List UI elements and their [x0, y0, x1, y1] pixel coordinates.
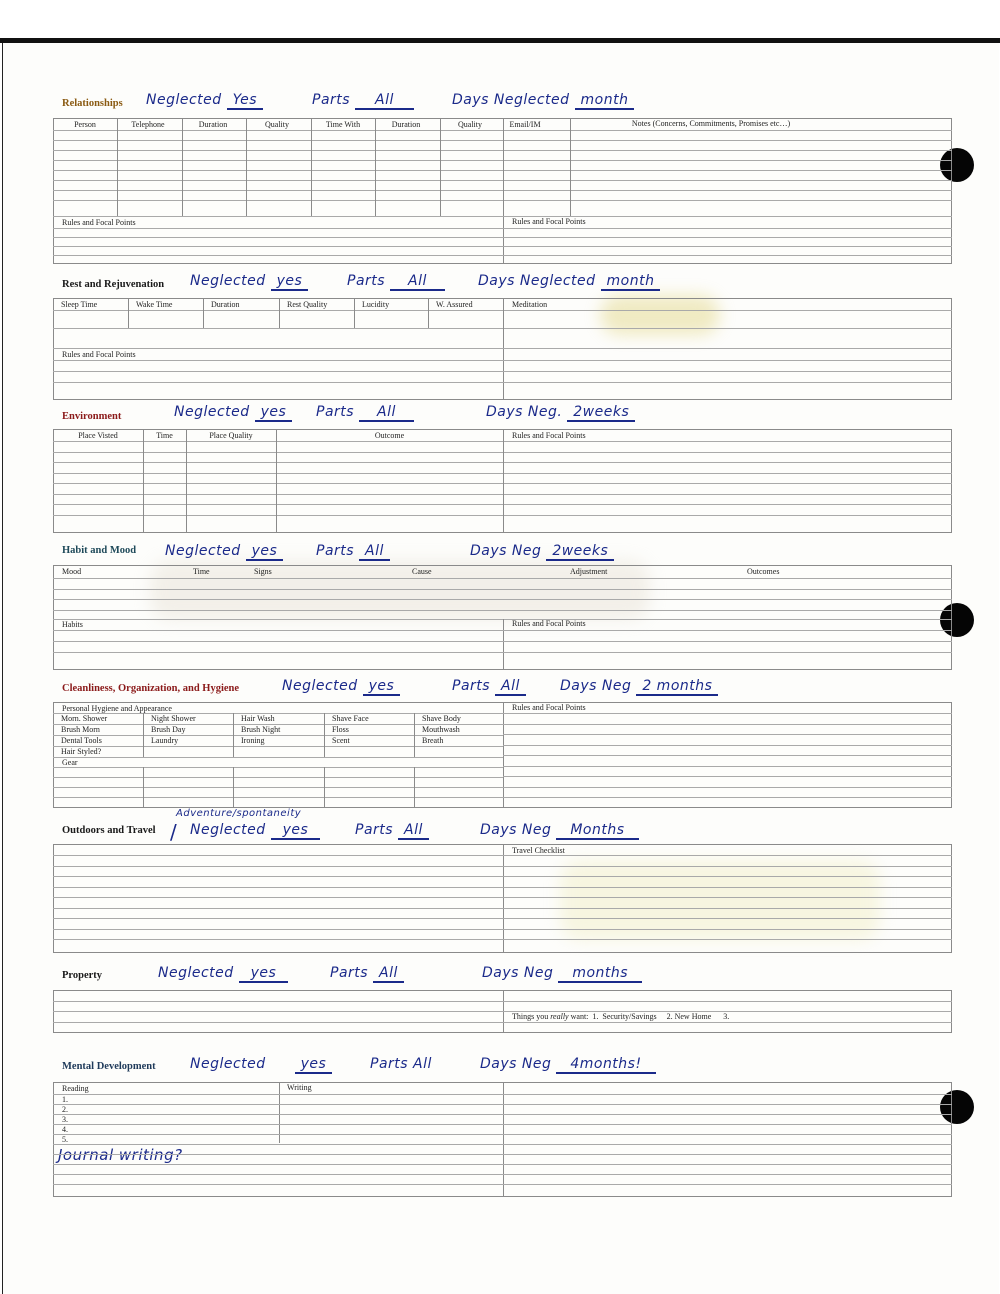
section-title-outdoors: Outdoors and Travel — [62, 825, 156, 836]
ruled-line — [53, 1134, 952, 1135]
parts-field[interactable]: Parts All — [312, 92, 414, 108]
neglected-field[interactable]: Neglected yes — [158, 965, 288, 981]
column-divider — [324, 767, 325, 808]
days-field[interactable]: Days Neglected month — [478, 273, 660, 289]
ruled-line — [53, 777, 503, 778]
column-divider — [414, 713, 415, 757]
column-header: Person — [74, 120, 96, 129]
gear-label: Gear — [62, 758, 78, 767]
neglected-field[interactable]: Neglected yes — [190, 822, 320, 838]
hygiene-checkbox-item[interactable]: Laundry — [151, 736, 178, 745]
days-value: month — [575, 92, 635, 110]
hygiene-header: Personal Hygiene and Appearance — [62, 704, 172, 713]
column-header: Place Quality — [209, 431, 252, 440]
rules-focal-points-label: Rules and Focal Points — [512, 619, 586, 628]
column-header: W. Assured — [436, 300, 473, 309]
days-value: month — [601, 273, 661, 291]
mood-entry-area[interactable] — [53, 578, 952, 618]
neglected-label: Neglected — [190, 822, 266, 838]
ruled-line — [53, 787, 503, 788]
ruled-line — [53, 1164, 952, 1165]
ruled-line — [53, 348, 952, 349]
neglected-field[interactable]: Neglected yes — [165, 543, 283, 559]
column-divider — [143, 767, 144, 808]
neglected-value: yes — [363, 678, 401, 696]
days-value: 2weeks — [567, 404, 635, 422]
notes-entry-area[interactable] — [570, 130, 952, 216]
ruled-line — [53, 767, 503, 768]
ruled-line — [53, 371, 952, 372]
days-value: Months — [556, 822, 638, 840]
parts-value: All — [495, 678, 526, 696]
column-header-notes: Notes (Concerns, Commitments, Promises e… — [632, 119, 790, 128]
writing-label: Writing — [287, 1083, 312, 1092]
environment-entry-area[interactable] — [53, 441, 503, 533]
ruled-line — [53, 1001, 952, 1002]
journal-note: Journal writing? — [58, 1146, 183, 1164]
ruled-line — [503, 766, 952, 767]
parts-value: All — [398, 822, 429, 840]
days-label: Days Neg. — [486, 404, 562, 420]
column-header: Email/IM — [509, 120, 540, 129]
column-header: Outcome — [375, 431, 404, 440]
adventure-annotation: Adventure/spontaneity — [176, 808, 301, 819]
column-header: Place Visted — [78, 431, 118, 440]
reading-list-item: 5. — [62, 1135, 68, 1144]
hygiene-checkbox-item[interactable]: Morn. Shower — [61, 714, 107, 723]
neglected-label: Neglected — [146, 92, 222, 108]
parts-value: All — [373, 965, 404, 983]
rules-focal-points-label: Rules and Focal Points — [512, 217, 586, 226]
hygiene-checkbox-item[interactable]: Shave Body — [422, 714, 461, 723]
rules-focal-points-label: Rules and Focal Points — [62, 218, 136, 227]
days-label: Days Neg — [480, 1056, 551, 1072]
parts-label: Parts — [316, 404, 354, 420]
neglected-field[interactable]: Neglected Yes — [146, 92, 263, 108]
days-label: Days Neg — [470, 543, 541, 559]
days-label: Days Neglected — [452, 92, 570, 108]
parts-field[interactable]: Parts All — [370, 1056, 432, 1072]
neglected-label: Neglected — [174, 404, 250, 420]
column-header: Quality — [265, 120, 289, 129]
ruled-line — [53, 228, 952, 229]
ruled-line — [53, 757, 503, 758]
ruled-line — [503, 724, 952, 725]
column-divider — [324, 713, 325, 757]
column-header: Wake Time — [136, 300, 172, 309]
column-divider — [143, 713, 144, 757]
parts-label: Parts — [355, 822, 393, 838]
column-divider — [503, 298, 504, 400]
column-divider — [233, 713, 234, 757]
section-title-habit-mood: Habit and Mood — [62, 545, 136, 556]
ruled-line — [53, 630, 952, 631]
reading-list-item: 1. — [62, 1095, 68, 1104]
ruled-line — [53, 1011, 952, 1012]
days-field[interactable]: Days Neg months — [482, 965, 642, 981]
ruled-line — [53, 652, 952, 653]
section-title-environment: Environment — [62, 411, 121, 422]
reading-list-item: 3. — [62, 1115, 68, 1124]
days-label: Days Neg — [560, 678, 631, 694]
travel-checklist-area[interactable] — [503, 855, 952, 953]
hygiene-checkbox-item[interactable]: Hair Wash — [241, 714, 275, 723]
neglected-field[interactable]: Neglected yes — [190, 1056, 332, 1072]
hygiene-checkbox-item[interactable]: Floss — [332, 725, 349, 734]
neglected-label: Neglected — [165, 543, 241, 559]
ruled-line — [53, 246, 952, 247]
ruled-line — [53, 255, 952, 256]
neglected-value: yes — [295, 1056, 333, 1074]
column-header: Rest Quality — [287, 300, 327, 309]
days-value: 2 months — [636, 678, 718, 696]
parts-field[interactable]: Parts All — [452, 678, 526, 694]
parts-label: Parts — [452, 678, 490, 694]
parts-field[interactable]: Parts All — [316, 543, 390, 559]
reading-label: Reading — [62, 1084, 89, 1093]
parts-label: Parts — [330, 965, 368, 981]
hygiene-checkbox-item[interactable]: Breath — [422, 736, 443, 745]
neglected-field[interactable]: Neglected yes — [190, 273, 308, 289]
hygiene-checkbox-item[interactable]: Ironing — [241, 736, 265, 745]
ruled-line — [53, 797, 503, 798]
neglected-value: yes — [271, 822, 321, 840]
neglected-label: Neglected — [282, 678, 358, 694]
column-divider — [414, 767, 415, 808]
neglected-label: Neglected — [190, 1056, 266, 1072]
days-field[interactable]: Days Neg 2weeks — [470, 543, 614, 559]
neglected-value: yes — [271, 273, 309, 291]
ruled-line — [503, 797, 952, 798]
column-header: Signs — [254, 567, 272, 576]
days-field[interactable]: Days Neg Months — [480, 822, 639, 838]
ruled-line — [53, 382, 952, 383]
neglected-label: Neglected — [158, 965, 234, 981]
column-header: Adjustment — [570, 567, 607, 576]
days-field[interactable]: Days Neglected month — [452, 92, 634, 108]
column-header: Time — [193, 567, 210, 576]
meditation-label: Meditation — [512, 300, 547, 309]
ruled-line — [503, 755, 952, 756]
column-header: Sleep Time — [61, 300, 97, 309]
section-title-relationships: Relationships — [62, 98, 123, 109]
ruled-line — [503, 745, 952, 746]
hygiene-checkbox-item[interactable]: Scent — [332, 736, 350, 745]
column-header: Mood — [62, 567, 81, 576]
ruled-line — [53, 1104, 952, 1105]
ruled-line — [53, 1144, 952, 1145]
hygiene-checkbox-item[interactable]: Dental Tools — [61, 736, 102, 745]
parts-label: Parts — [316, 543, 354, 559]
ruled-line — [503, 776, 952, 777]
days-field[interactable]: Days Neg. 2weeks — [486, 404, 635, 420]
habits-label: Habits — [62, 620, 83, 629]
days-value: 2weeks — [546, 543, 614, 561]
column-header: Cause — [412, 567, 432, 576]
column-header: Outcomes — [747, 567, 779, 576]
column-header: Duration — [392, 120, 420, 129]
neglected-value: yes — [246, 543, 284, 561]
ruled-line — [503, 787, 952, 788]
hygiene-checkbox-item[interactable]: Hair Styled? — [61, 747, 101, 756]
parts-field[interactable]: Parts All — [355, 822, 429, 838]
hygiene-checkbox-item[interactable]: Brush Morn — [61, 725, 100, 734]
travel-checklist-label: Travel Checklist — [512, 846, 565, 855]
neglected-label: Neglected — [190, 273, 266, 289]
neglected-value: Yes — [227, 92, 263, 110]
ruled-line — [53, 641, 952, 642]
parts-value: All — [390, 273, 445, 291]
parts-value: All — [413, 1056, 432, 1072]
ruled-line — [503, 713, 952, 714]
rules-focal-points-label: Rules and Focal Points — [512, 703, 586, 712]
column-header: Duration — [211, 300, 239, 309]
column-header: Time — [156, 431, 173, 440]
section-title-mental: Mental Development — [62, 1061, 156, 1072]
column-divider — [503, 619, 504, 670]
parts-label: Parts — [347, 273, 385, 289]
days-value: months — [558, 965, 642, 983]
neglected-field[interactable]: Neglected yes — [282, 678, 400, 694]
hygiene-checkbox-item[interactable]: Brush Night — [241, 725, 280, 734]
days-label: Days Neglected — [478, 273, 596, 289]
things-you-want: Things you really want: 1. Security/Savi… — [512, 1012, 729, 1021]
column-header: Time With — [326, 120, 360, 129]
hygiene-checkbox-item[interactable]: Shave Face — [332, 714, 369, 723]
reading-list-item: 2. — [62, 1105, 68, 1114]
parts-value: All — [355, 92, 414, 110]
days-field[interactable]: Days Neg 2 months — [560, 678, 718, 694]
neglected-value: yes — [239, 965, 289, 983]
hygiene-checkbox-item[interactable]: Brush Day — [151, 725, 185, 734]
slash-mark: / — [170, 820, 177, 844]
ruled-line — [53, 1022, 952, 1023]
days-field[interactable]: Days Neg 4months! — [480, 1056, 656, 1072]
parts-label: Parts — [370, 1056, 408, 1072]
ruled-line — [53, 237, 952, 238]
column-divider — [503, 1082, 504, 1197]
column-divider — [503, 118, 504, 264]
parts-field[interactable]: Parts All — [316, 404, 414, 420]
ruled-line — [53, 1114, 952, 1115]
column-divider — [503, 429, 504, 533]
rules-focal-points-label: Rules and Focal Points — [512, 431, 586, 440]
rules-focal-points-label: Rules and Focal Points — [62, 350, 136, 359]
column-header: Telephone — [131, 120, 164, 129]
section-title-cleanliness: Cleanliness, Organization, and Hygiene — [62, 683, 239, 694]
parts-field[interactable]: Parts All — [347, 273, 445, 289]
ruled-line — [53, 1184, 952, 1185]
hygiene-checkbox-item[interactable]: Mouthwash — [422, 725, 460, 734]
ruled-line — [53, 360, 952, 361]
scan-margin — [0, 0, 1000, 38]
section-title-rest: Rest and Rejuvenation — [62, 279, 164, 290]
parts-value: All — [359, 543, 390, 561]
days-label: Days Neg — [482, 965, 553, 981]
sleep-entry-row[interactable] — [53, 310, 503, 328]
column-header: Quality — [458, 120, 482, 129]
relationships-entry-area[interactable] — [53, 130, 503, 216]
parts-value: All — [359, 404, 414, 422]
days-label: Days Neg — [480, 822, 551, 838]
ruled-line — [53, 746, 503, 747]
neglected-value: yes — [255, 404, 293, 422]
column-header: Lucidity — [362, 300, 389, 309]
section-title-property: Property — [62, 970, 102, 981]
days-value: 4months! — [556, 1056, 655, 1074]
parts-field[interactable]: Parts All — [330, 965, 404, 981]
ruled-line — [53, 1124, 952, 1125]
ruled-line — [53, 1094, 952, 1095]
ruled-line — [53, 1174, 952, 1175]
hygiene-checkbox-item[interactable]: Night Shower — [151, 714, 196, 723]
neglected-field[interactable]: Neglected yes — [174, 404, 292, 420]
reading-list-item: 4. — [62, 1125, 68, 1134]
column-divider — [233, 767, 234, 808]
ruled-line — [503, 734, 952, 735]
ruled-line — [53, 1154, 952, 1155]
ruled-line — [53, 216, 952, 217]
parts-label: Parts — [312, 92, 350, 108]
column-header: Duration — [199, 120, 227, 129]
